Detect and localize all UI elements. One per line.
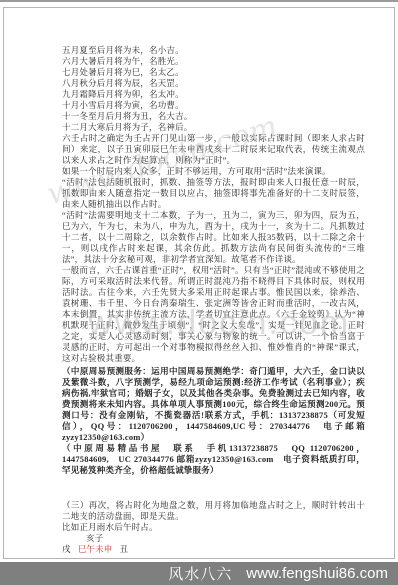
window-top-edge (0, 0, 398, 2)
plate-row-top: 亥子 (62, 533, 365, 544)
paragraph: 一般而言，六壬占课首重“正时”，权用“活时”。只有当“正时”混沌或不够使用之际，… (62, 265, 365, 364)
month-list-line: 八月秋分后月将为辰，名天罡。 (62, 78, 365, 89)
paragraph: 比如正月雨水后午时占。 (62, 522, 365, 533)
plate-red-branches: 巳午未申 (78, 544, 113, 554)
plate-left-branch: 戌 (62, 544, 71, 554)
ad-paragraph: （中原周易精品书屋 联系 手机13137238875 QQ 1120706200… (62, 443, 365, 476)
section-three: （三）再次，将占时化为地盘之数，用月将加临地盘占时之上，顺时针转出十二地支的活动… (62, 500, 365, 533)
paragraph: “活时”法需要明地支十二本数，子为一，丑为二，寅为三，卯为四，辰为五，巳为六，午… (62, 210, 365, 265)
body-paragraphs: 六壬占时之确定为壬占开门见山第一步，一般以实际占课时间（即来人求占时间）来定，以… (62, 133, 365, 364)
plate-row-main: 戌巳午未申丑 (62, 544, 365, 555)
month-list-line: 九月霜降后月将为卯，名太冲。 (62, 89, 365, 100)
month-list-line: 六月大暑后月将为午，名胜光。 (62, 56, 365, 67)
paragraph: 六壬占时之确定为壬占开门见山第一步，一般以实际占课时间（即来人求占时间）来定，以… (62, 133, 365, 166)
month-list-line: 七月处暑后月将为巳，名太乙。 (62, 67, 365, 78)
paragraph: （三）再次，将占时化为地盘之数，用月将加临地盘占时之上，顺时针转出十二地支的活动… (62, 500, 365, 522)
footer-url: www.fengshui86.com (246, 565, 388, 582)
month-general-list: 五月夏至后月将为未，名小吉。六月大暑后月将为午，名胜光。七月处暑后月将为巳，名太… (62, 45, 365, 133)
plate-diagram: 亥子 戌巳午未申丑 (62, 533, 365, 555)
document-content: 五月夏至后月将为未，名小吉。六月大暑后月将为午，名胜光。七月处暑后月将为巳，名太… (62, 45, 365, 555)
month-list-line: 十月小雪后月将为寅，名功曹。 (62, 100, 365, 111)
ad-paragraph: （中原周易预测服务：运用中国周易预测绝学：奇门遁甲，大六壬，金口诀以及紫微斗数，… (62, 366, 365, 443)
ad-paragraphs: （中原周易预测服务：运用中国周易预测绝学：奇门遁甲，大六壬，金口诀以及紫微斗数，… (62, 366, 365, 476)
plate-right-branch: 丑 (120, 544, 129, 554)
paragraph: 如果一个时辰内来人众多，正时不够运用，方可取用“活时”法来演课。 (62, 166, 365, 177)
month-list-line: 五月夏至后月将为未，名小吉。 (62, 45, 365, 56)
month-list-line: 十二月大寒后月将为子，名神后。 (62, 122, 365, 133)
footer-brand: 风水八六 (168, 563, 232, 584)
month-list-line: 十一冬至月后月将为丑，名大吉。 (62, 111, 365, 122)
footer-watermark-bar: 风水八六 www.fengshui86.com (0, 562, 398, 585)
paragraph: “活时”法包括随机报时，抓数、抽签等方法，报时即由来人口报任意一时辰，抓数即由来… (62, 177, 365, 210)
